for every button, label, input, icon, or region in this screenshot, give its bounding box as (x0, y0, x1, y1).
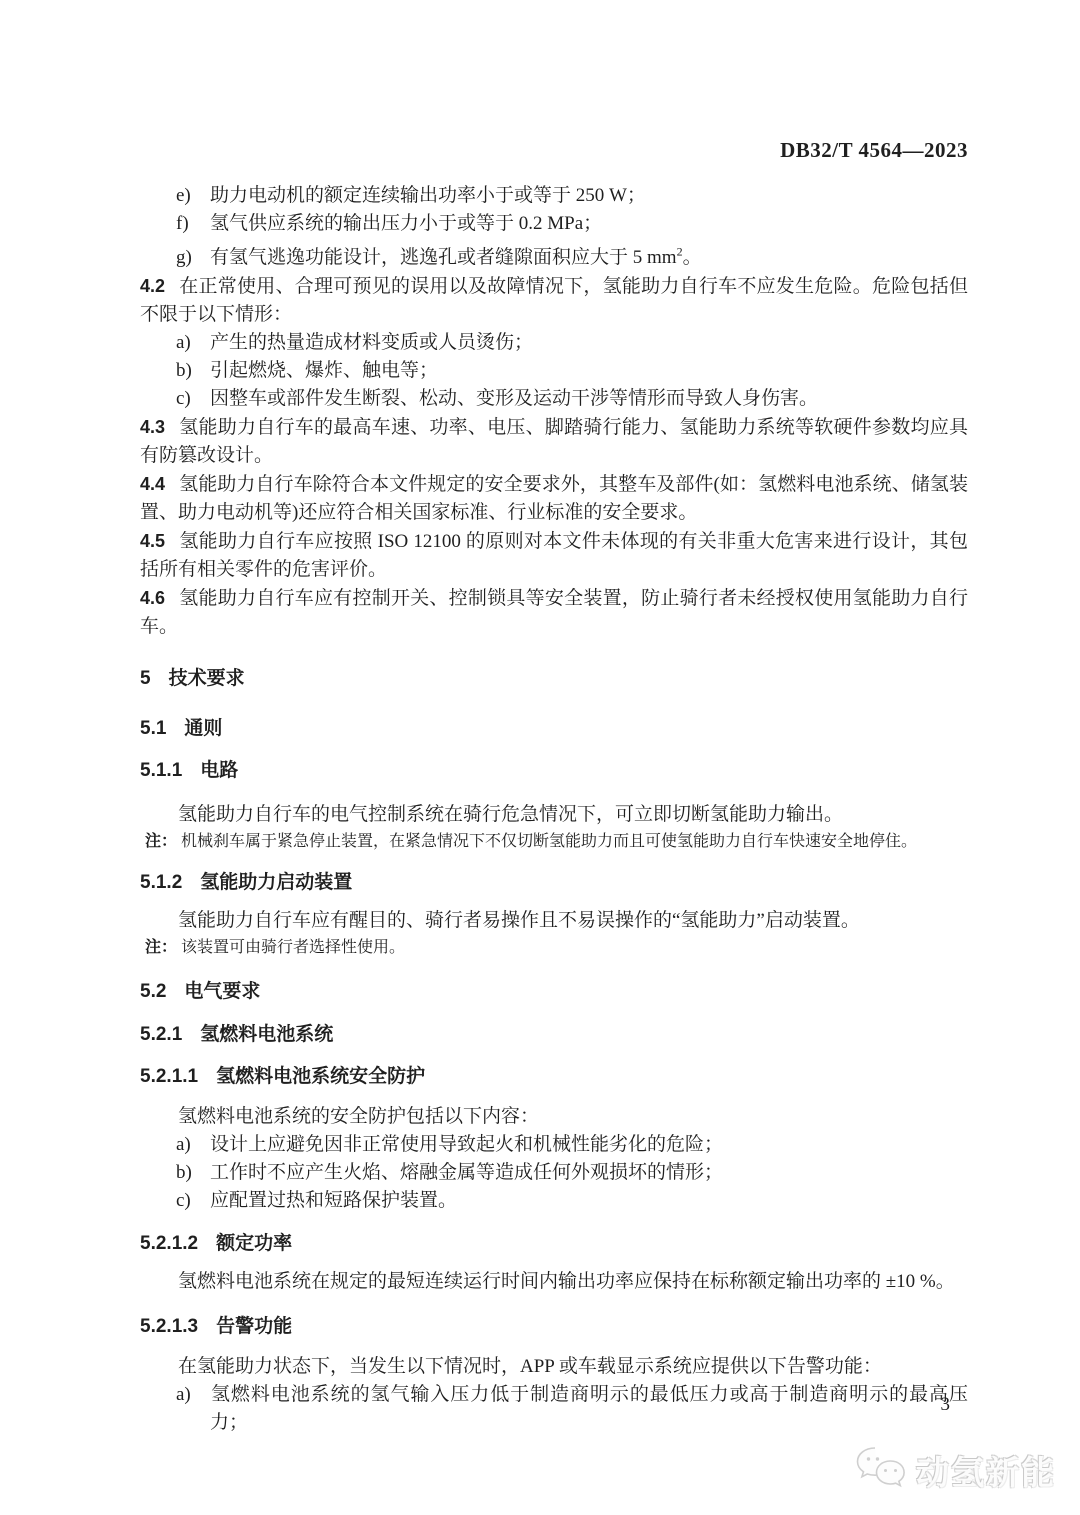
clause-number: 4.3 (140, 417, 165, 437)
clause-text: 在正常使用、合理可预见的误用以及故障情况下，氢能助力自行车不应发生危险。危险包括… (140, 276, 968, 325)
body-paragraph-5-2-1-2: 氢燃料电池系统在规定的最短连续运行时间内输出功率应保持在标称额定输出功率的 ±1… (140, 1268, 968, 1296)
list-marker: c) (176, 1187, 210, 1215)
section-heading-5-1-1: 5.1.1电路 (140, 757, 968, 785)
list-marker: c) (176, 385, 210, 413)
clause-4-6: 4.6氢能助力自行车应有控制开关、控制锁具等安全装置，防止骑行者未经授权使用氢能… (140, 584, 968, 641)
section-heading-5-2-1-1: 5.2.1.1氢燃料电池系统安全防护 (140, 1063, 968, 1091)
clause-number: 4.6 (140, 588, 165, 608)
list-text: 应配置过热和短路保护装置。 (210, 1190, 457, 1211)
list-text: 因整车或部件发生断裂、松动、变形及运动干涉等情形而导致人身伤害。 (210, 388, 818, 409)
doc-code-header: DB32/T 4564—2023 (140, 138, 968, 162)
list-marker: e) (176, 182, 210, 210)
section-heading-5-1: 5.1通则 (140, 715, 968, 743)
watermark: 动氢新能 (854, 1444, 1056, 1497)
document-page: DB32/T 4564—2023 e)助力电动机的额定连续输出功率小于或等于 2… (0, 0, 1080, 1515)
clause-4-5: 4.5氢能助力自行车应按照 ISO 12100 的原则对本文件未体现的有关非重大… (140, 527, 968, 584)
list-marker: b) (176, 1159, 210, 1187)
heading-number: 5.1 (140, 718, 166, 739)
list-item-b: b)工作时不应产生火焰、熔融金属等造成任何外观损坏的情形； (140, 1159, 968, 1187)
list-item-b: b)引起燃烧、爆炸、触电等； (140, 357, 968, 385)
body-paragraph-5-1-1: 氢能助力自行车的电气控制系统在骑行危急情况下，可立即切断氢能助力输出。 (140, 801, 968, 829)
clause-text: 氢能助力自行车应按照 ISO 12100 的原则对本文件未体现的有关非重大危害来… (140, 531, 968, 580)
clause-number: 4.2 (140, 276, 165, 296)
list-item-c: c)应配置过热和短路保护装置。 (140, 1187, 968, 1215)
heading-title: 额定功率 (216, 1233, 292, 1254)
watermark-text: 动氢新能 (916, 1447, 1056, 1494)
section-heading-5: 5技术要求 (140, 665, 968, 693)
clause-number: 4.4 (140, 474, 165, 494)
list-text: 氢燃料电池系统的氢气输入压力低于制造商明示的最低压力或高于制造商明示的最高压力； (210, 1384, 968, 1433)
heading-title: 氢能助力启动装置 (200, 872, 352, 893)
list-marker: g) (176, 244, 210, 272)
wechat-icon (854, 1444, 908, 1497)
clause-number: 4.5 (140, 531, 165, 551)
heading-title: 氢燃料电池系统安全防护 (216, 1066, 425, 1087)
section-heading-5-2-1-2: 5.2.1.2额定功率 (140, 1230, 968, 1258)
list-item-e: e)助力电动机的额定连续输出功率小于或等于 250 W； (140, 182, 968, 210)
body-paragraph-5-1-2: 氢能助力自行车应有醒目的、骑行者易操作且不易误操作的“氢能助力”启动装置。 (140, 907, 968, 935)
section-heading-5-2-1-3: 5.2.1.3告警功能 (140, 1313, 968, 1341)
list-item-a: a)产生的热量造成材料变质或人员烫伤； (140, 329, 968, 357)
heading-number: 5 (140, 668, 151, 689)
section-heading-5-2: 5.2电气要求 (140, 978, 968, 1006)
note-label: 注： (145, 833, 177, 850)
list-marker: b) (176, 357, 210, 385)
heading-number: 5.1.1 (140, 760, 182, 781)
list-item-g: g)有氢气逃逸功能设计，逃逸孔或者缝隙面积应大于 5 mm2。 (140, 238, 968, 272)
clause-4-3: 4.3氢能助力自行车的最高车速、功率、电压、脚踏骑行能力、氢能助力系统等软硬件参… (140, 413, 968, 470)
list-item-a: a)氢燃料电池系统的氢气输入压力低于制造商明示的最低压力或高于制造商明示的最高压… (140, 1381, 968, 1437)
section-heading-5-2-1: 5.2.1氢燃料电池系统 (140, 1021, 968, 1049)
heading-number: 5.2.1.1 (140, 1066, 198, 1087)
list-marker: a) (176, 1381, 210, 1409)
note-5-1-1: 注：机械刹车属于紧急停止装置，在紧急情况下不仅切断氢能助力而且可使氢能助力自行车… (140, 829, 968, 855)
list-marker: a) (176, 329, 210, 357)
list-text: 助力电动机的额定连续输出功率小于或等于 250 W； (210, 185, 646, 206)
heading-title: 电路 (200, 760, 238, 781)
heading-number: 5.1.2 (140, 872, 182, 893)
list-item-a: a)设计上应避免因非正常使用导致起火和机械性能劣化的危险； (140, 1131, 968, 1159)
list-text-part: 。 (683, 247, 702, 268)
body-paragraph-5-2-1-3: 在氢能助力状态下，当发生以下情况时，APP 或车载显示系统应提供以下告警功能： (140, 1353, 968, 1381)
list-text: 设计上应避免因非正常使用导致起火和机械性能劣化的危险； (210, 1134, 723, 1155)
section-heading-5-1-2: 5.1.2氢能助力启动装置 (140, 869, 968, 897)
clause-text: 氢能助力自行车应有控制开关、控制锁具等安全装置，防止骑行者未经授权使用氢能助力自… (140, 588, 968, 637)
list-text-part: 有氢气逃逸功能设计，逃逸孔或者缝隙面积应大于 5 mm (210, 247, 677, 268)
heading-title: 技术要求 (169, 668, 245, 689)
list-item-c: c)因整车或部件发生断裂、松动、变形及运动干涉等情形而导致人身伤害。 (140, 385, 968, 413)
body-paragraph-5-2-1-1: 氢燃料电池系统的安全防护包括以下内容： (140, 1103, 968, 1131)
note-text: 该装置可由骑行者选择性使用。 (181, 939, 405, 956)
heading-title: 通则 (184, 718, 222, 739)
list-text: 有氢气逃逸功能设计，逃逸孔或者缝隙面积应大于 5 mm2。 (210, 247, 702, 268)
note-text: 机械刹车属于紧急停止装置，在紧急情况下不仅切断氢能助力而且可使氢能助力自行车快速… (181, 833, 917, 850)
heading-number: 5.2.1.3 (140, 1316, 198, 1337)
note-5-1-2: 注：该装置可由骑行者选择性使用。 (140, 935, 968, 961)
clause-text: 氢能助力自行车的最高车速、功率、电压、脚踏骑行能力、氢能助力系统等软硬件参数均应… (140, 417, 968, 466)
clause-4-4: 4.4氢能助力自行车除符合本文件规定的安全要求外，其整车及部件(如：氢燃料电池系… (140, 470, 968, 527)
heading-title: 电气要求 (184, 981, 260, 1002)
list-marker: f) (176, 210, 210, 238)
list-text: 产生的热量造成材料变质或人员烫伤； (210, 332, 533, 353)
clause-text: 氢能助力自行车除符合本文件规定的安全要求外，其整车及部件(如：氢燃料电池系统、储… (140, 474, 968, 523)
heading-number: 5.2.1.2 (140, 1233, 198, 1254)
heading-title: 告警功能 (216, 1316, 292, 1337)
list-marker: a) (176, 1131, 210, 1159)
note-label: 注： (145, 939, 177, 956)
list-item-f: f)氢气供应系统的输出压力小于或等于 0.2 MPa； (140, 210, 968, 238)
list-text: 工作时不应产生火焰、熔融金属等造成任何外观损坏的情形； (210, 1162, 723, 1183)
heading-number: 5.2.1 (140, 1024, 182, 1045)
clause-4-2: 4.2在正常使用、合理可预见的误用以及故障情况下，氢能助力自行车不应发生危险。危… (140, 272, 968, 329)
list-text: 引起燃烧、爆炸、触电等； (210, 360, 438, 381)
page-number: 3 (941, 1394, 951, 1416)
heading-number: 5.2 (140, 981, 166, 1002)
list-text: 氢气供应系统的输出压力小于或等于 0.2 MPa； (210, 213, 602, 234)
heading-title: 氢燃料电池系统 (200, 1024, 333, 1045)
